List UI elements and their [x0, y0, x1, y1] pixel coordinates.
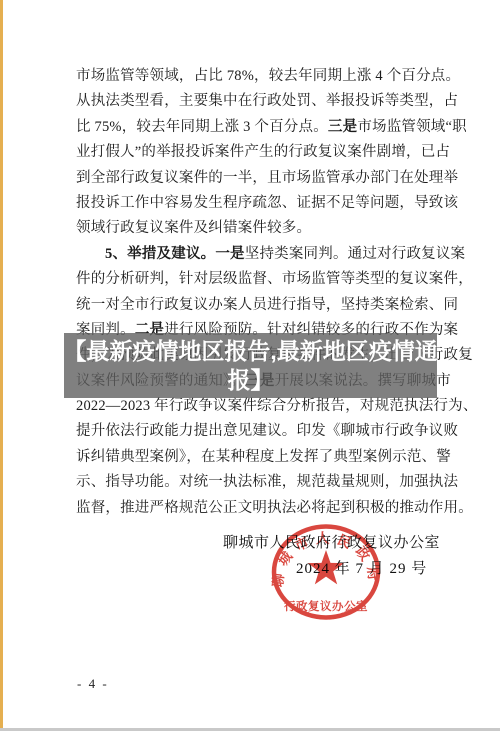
body-line: 5、举措及建议。一是坚持类案同判。通过对行政复议案 [76, 242, 438, 267]
body-text: 市场监管等领域，占比 78%，较去年同期上涨 4 个百分点。从执法类型看，主要集… [76, 64, 438, 521]
body-segment: 市场监管等领域，占比 78%，较去年同期上涨 4 个百分点。 [76, 68, 460, 84]
body-segment: 业打假人”的举报投诉案件产生的行政复议案件剧增，已占 [76, 144, 450, 160]
body-line: 市场监管等领域，占比 78%，较去年同期上涨 4 个百分点。 [76, 64, 438, 89]
body-segment: 从执法类型看，主要集中在行政处罚、举报投诉等类型，占 [76, 93, 458, 109]
body-line: 示、指导功能。对统一执法标准，规范裁量规则，加强执法 [76, 470, 438, 495]
body-line: 比 75%，较去年同期上涨 3 个百分点。三是市场监管领域“职 [76, 115, 438, 140]
watermark-overlay-banner: 【最新疫情地区报告,最新地区疫情通报】 [64, 333, 437, 398]
body-line: 报投诉工作中容易发生程序疏忽、证据不足等问题，导致该 [76, 191, 438, 216]
body-segment: 比 75%，较去年同期上涨 3 个百分点。 [76, 119, 328, 135]
body-line: 统一对全市行政复议办案人员进行指导，坚持类案检索、同 [76, 293, 438, 318]
body-line: 到全部行政复议案件的一半，且市场监管承办部门在处理举 [76, 166, 438, 191]
left-accent-strip [0, 0, 3, 731]
body-segment-bold: 三是 [328, 119, 357, 135]
body-segment: 领域行政复议案件及纠错案件较多。 [76, 220, 311, 236]
body-line: 提升依法行政能力提出意见建议。印发《聊城市行政争议败 [76, 419, 438, 444]
body-segment-bold: 5、举措及建议。一是 [105, 246, 245, 262]
body-segment: 监督，推进严格规范公正文明执法必将起到积极的推动作用。 [76, 500, 473, 516]
body-line: 诉纠错典型案例》，在某种程度上发挥了典型案例示范、警 [76, 445, 438, 470]
body-segment: 市场监管领域“职 [357, 119, 467, 135]
body-segment: 统一对全市行政复议办案人员进行指导，坚持类案检索、同 [76, 297, 458, 313]
body-segment: 诉纠错典型案例》，在某种程度上发挥了典型案例示范、警 [76, 449, 451, 465]
body-segment: 2022—2023 年行政争议案件综合分析报告，对规范执法行为、 [76, 398, 478, 414]
seal-center-text: 行政复议办公室 [284, 599, 368, 613]
document-page: 市场监管等领域，占比 78%，较去年同期上涨 4 个百分点。从执法类型看，主要集… [0, 0, 500, 731]
official-seal: 聊城市人民政府 行政复议办公室 3715022093570 [269, 523, 383, 623]
seal-star-icon [308, 550, 344, 584]
body-line: 从执法类型看，主要集中在行政处罚、举报投诉等类型，占 [76, 89, 438, 114]
body-line: 监督，推进严格规范公正文明执法必将起到积极的推动作用。 [76, 496, 438, 521]
body-segment: 到全部行政复议案件的一半，且市场监管承办部门在处理举 [76, 170, 458, 186]
body-line: 件的分析研判，针对层级监督、市场监管等类型的复议案件， [76, 267, 438, 292]
body-segment: 件的分析研判，针对层级监督、市场监管等类型的复议案件， [76, 271, 473, 287]
body-line: 业打假人”的举报投诉案件产生的行政复议案件剧增，已占 [76, 140, 438, 165]
body-line: 领域行政复议案件及纠错案件较多。 [76, 216, 438, 241]
body-segment: 示、指导功能。对统一执法标准，规范裁量规则，加强执法 [76, 474, 458, 490]
page-number: - 4 - [77, 676, 109, 692]
overlay-text-line: 【最新疫情地区报告,最新地区疫情通 [63, 337, 437, 366]
body-segment: 提升依法行政能力提出意见建议。印发《聊城市行政争议败 [76, 423, 458, 439]
body-segment: 坚持类案同判。通过对行政复议案 [245, 246, 466, 262]
body-segment: 报投诉工作中容易发生程序疏忽、证据不足等问题，导致该 [76, 195, 458, 211]
overlay-text-line: 报】 [228, 366, 274, 395]
